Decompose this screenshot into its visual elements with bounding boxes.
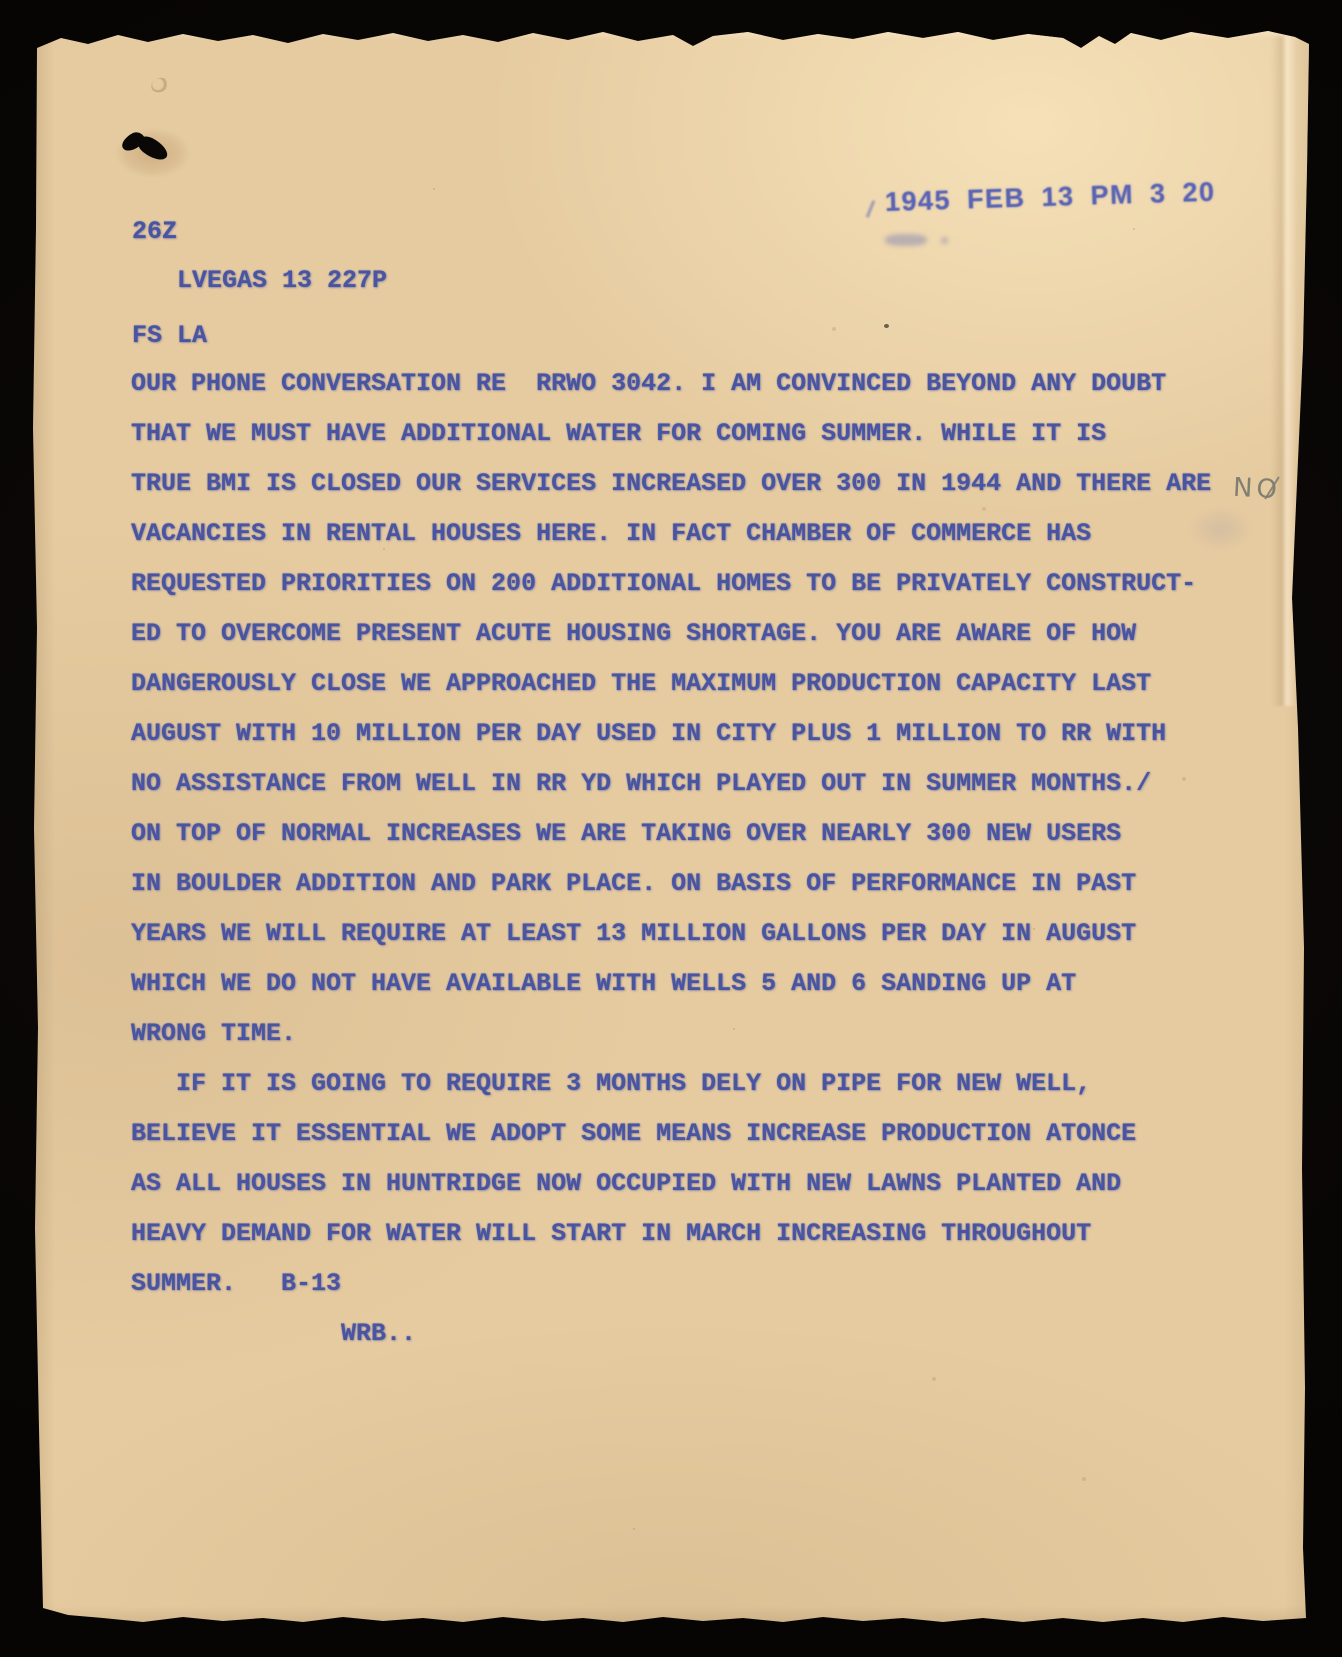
message-line: WRONG TIME. (131, 1009, 1211, 1059)
message-body: OUR PHONE CONVERSATION RE RRWO 3042. I A… (131, 359, 1211, 1359)
origin-line: LVEGAS 13 227P (177, 266, 387, 296)
telegram-paper: 1945 FEB 13 PM 3 20 26Z LVEGAS 13 227P F… (33, 28, 1310, 1624)
routing-code: 26Z (132, 217, 177, 247)
message-line: DANGEROUSLY CLOSE WE APPROACHED THE MAXI… (131, 659, 1211, 709)
ink-speck (884, 324, 889, 328)
handwritten-no-annotation: NO (1232, 473, 1281, 505)
received-date-stamp: 1945 FEB 13 PM 3 20 (885, 177, 1216, 218)
paper-texture-specks (33, 28, 35, 30)
message-line: VACANCIES IN RENTAL HOUSES HERE. IN FACT… (131, 509, 1211, 559)
paper-crease (1271, 36, 1297, 706)
addressee-line: FS LA (132, 321, 207, 351)
message-line: SUMMER. B-13 (131, 1259, 1211, 1309)
message-line: TRUE BMI IS CLOSED OUR SERVICES INCREASE… (131, 459, 1211, 509)
message-line: ED TO OVERCOME PRESENT ACUTE HOUSING SHO… (131, 609, 1211, 659)
message-line: IF IT IS GOING TO REQUIRE 3 MONTHS DELY … (131, 1059, 1211, 1109)
message-line: YEARS WE WILL REQUIRE AT LEAST 13 MILLIO… (131, 909, 1211, 959)
message-line: NO ASSISTANCE FROM WELL IN RR YD WHICH P… (131, 759, 1211, 809)
paper-dent (149, 75, 171, 94)
message-line: OUR PHONE CONVERSATION RE RRWO 3042. I A… (131, 359, 1211, 409)
message-line: AS ALL HOUSES IN HUNTRIDGE NOW OCCUPIED … (131, 1159, 1211, 1209)
scanned-telegram-photo: 1945 FEB 13 PM 3 20 26Z LVEGAS 13 227P F… (0, 0, 1342, 1657)
message-line: THAT WE MUST HAVE ADDITIONAL WATER FOR C… (131, 409, 1211, 459)
message-line: IN BOULDER ADDITION AND PARK PLACE. ON B… (131, 859, 1211, 909)
message-line: HEAVY DEMAND FOR WATER WILL START IN MAR… (131, 1209, 1211, 1259)
message-line: AUGUST WITH 10 MILLION PER DAY USED IN C… (131, 709, 1211, 759)
stamp-ghost-mark (885, 234, 927, 246)
message-line: WRB.. (131, 1309, 1211, 1359)
message-line: BELIEVE IT ESSENTIAL WE ADOPT SOME MEANS… (131, 1109, 1211, 1159)
message-line: ON TOP OF NORMAL INCREASES WE ARE TAKING… (131, 809, 1211, 859)
message-line: REQUESTED PRIORITIES ON 200 ADDITIONAL H… (131, 559, 1211, 609)
message-line: WHICH WE DO NOT HAVE AVAILABLE WITH WELL… (131, 959, 1211, 1009)
stamp-ink-tick (866, 200, 876, 218)
